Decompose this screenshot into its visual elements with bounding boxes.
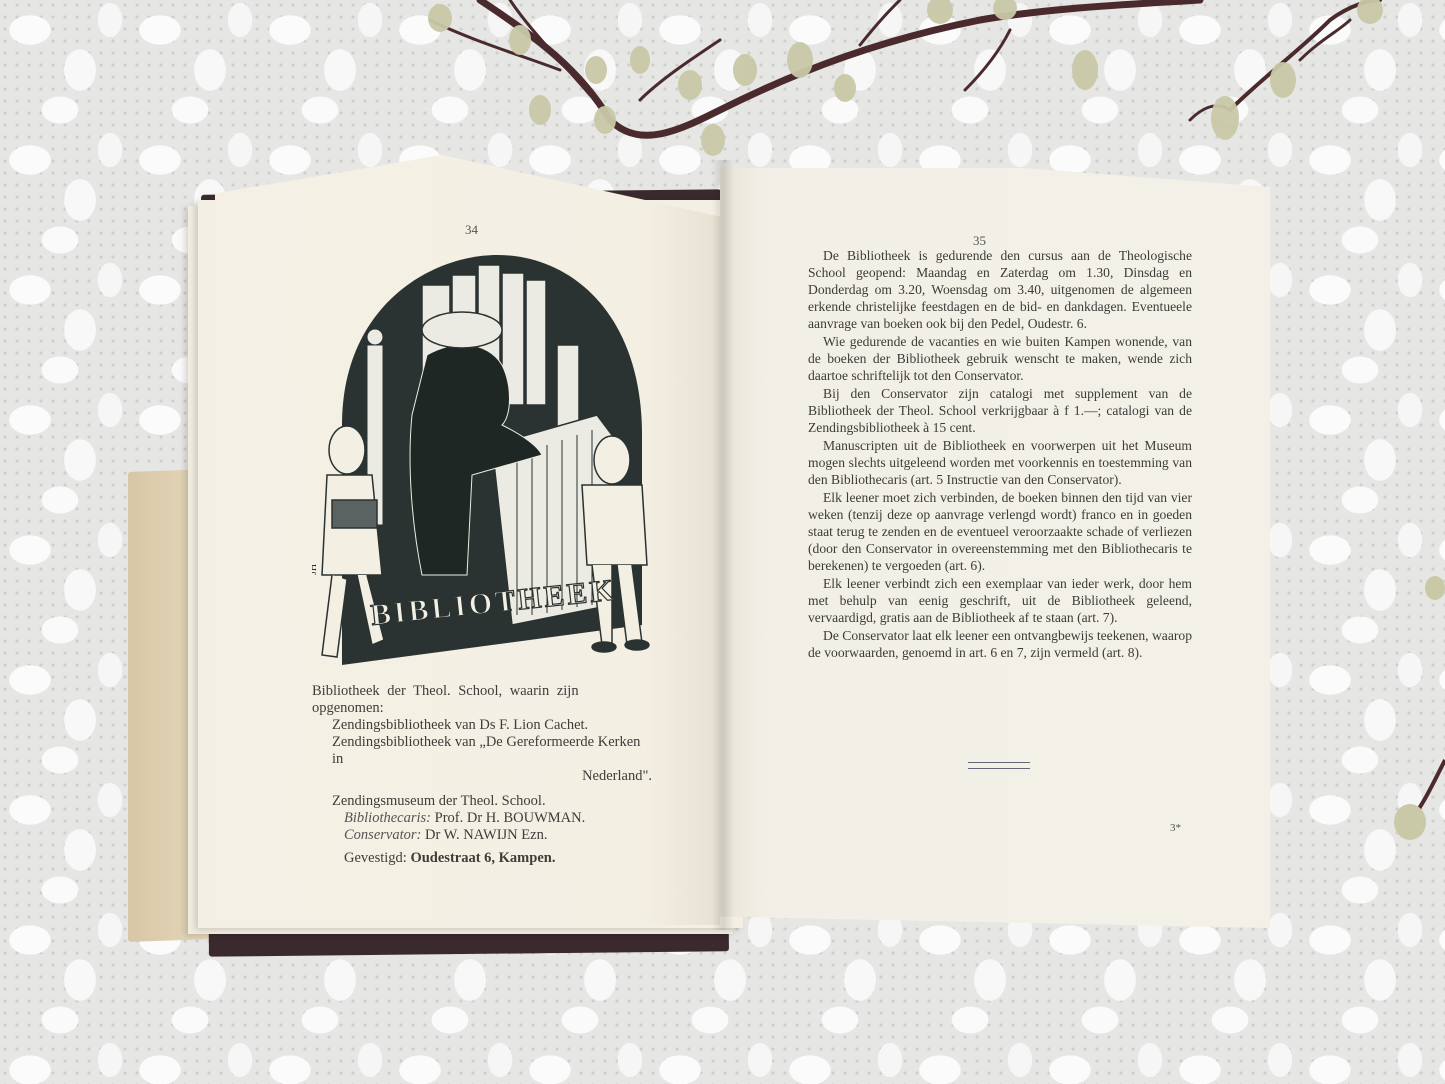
address-label: Gevestigd:	[344, 850, 407, 866]
librarian-name: Prof. Dr H. BOUWMAN.	[435, 810, 586, 826]
caption-museum: Zendingsmuseum der Theol. School.	[312, 793, 652, 810]
double-rule-divider	[968, 762, 1030, 769]
paragraph: Elk leener verbindt zich een exemplaar v…	[808, 575, 1192, 626]
conservator-name: Dr W. NAWIJN Ezn.	[425, 827, 547, 843]
caption-item: Nederland".	[312, 768, 652, 785]
signature-mark: 3*	[1170, 822, 1181, 834]
librarian-role: Bibliothecaris:	[344, 810, 431, 826]
paragraph: De Conservator laat elk leener een ontva…	[808, 627, 1192, 661]
page-number-left: 34	[465, 222, 478, 238]
caption-item: Zendingsbibliotheek van „De Gereformeerd…	[312, 734, 652, 768]
left-page-caption: Bibliotheek der Theol. School, waarin zi…	[312, 683, 652, 867]
address-value: Oudestraat 6, Kampen.	[410, 850, 555, 866]
paragraph: Manuscripten uit de Bibliotheek en voorw…	[808, 437, 1192, 488]
paragraph: Elk leener moet zich verbinden, de boeke…	[808, 489, 1192, 574]
conservator-role: Conservator:	[344, 827, 421, 843]
caption-conservator: Conservator: Dr W. NAWIJN Ezn.	[312, 827, 652, 844]
caption-address: Gevestigd: Oudestraat 6, Kampen.	[312, 850, 652, 867]
book-gutter	[712, 160, 734, 930]
paragraph: Bij den Conservator zijn catalogi met su…	[808, 385, 1192, 436]
photo-scene: 34	[0, 0, 1445, 1084]
caption-intro: Bibliotheek der Theol. School, waarin zi…	[312, 683, 652, 717]
pussy-willow-branch	[0, 0, 1445, 180]
svg-text:JH: JH	[312, 564, 319, 575]
library-illustration: BIBLIOTHEEK JH	[312, 245, 662, 665]
catkin-right-edge	[1380, 560, 1445, 860]
caption-librarian: Bibliothecaris: Prof. Dr H. BOUWMAN.	[312, 810, 652, 827]
right-page-text: De Bibliotheek is gedurende den cursus a…	[808, 247, 1192, 662]
paragraph: Wie gedurende de vacanties en wie buiten…	[808, 333, 1192, 384]
paragraph: De Bibliotheek is gedurende den cursus a…	[808, 247, 1192, 332]
caption-item: Zendingsbibliotheek van Ds F. Lion Cache…	[312, 717, 652, 734]
